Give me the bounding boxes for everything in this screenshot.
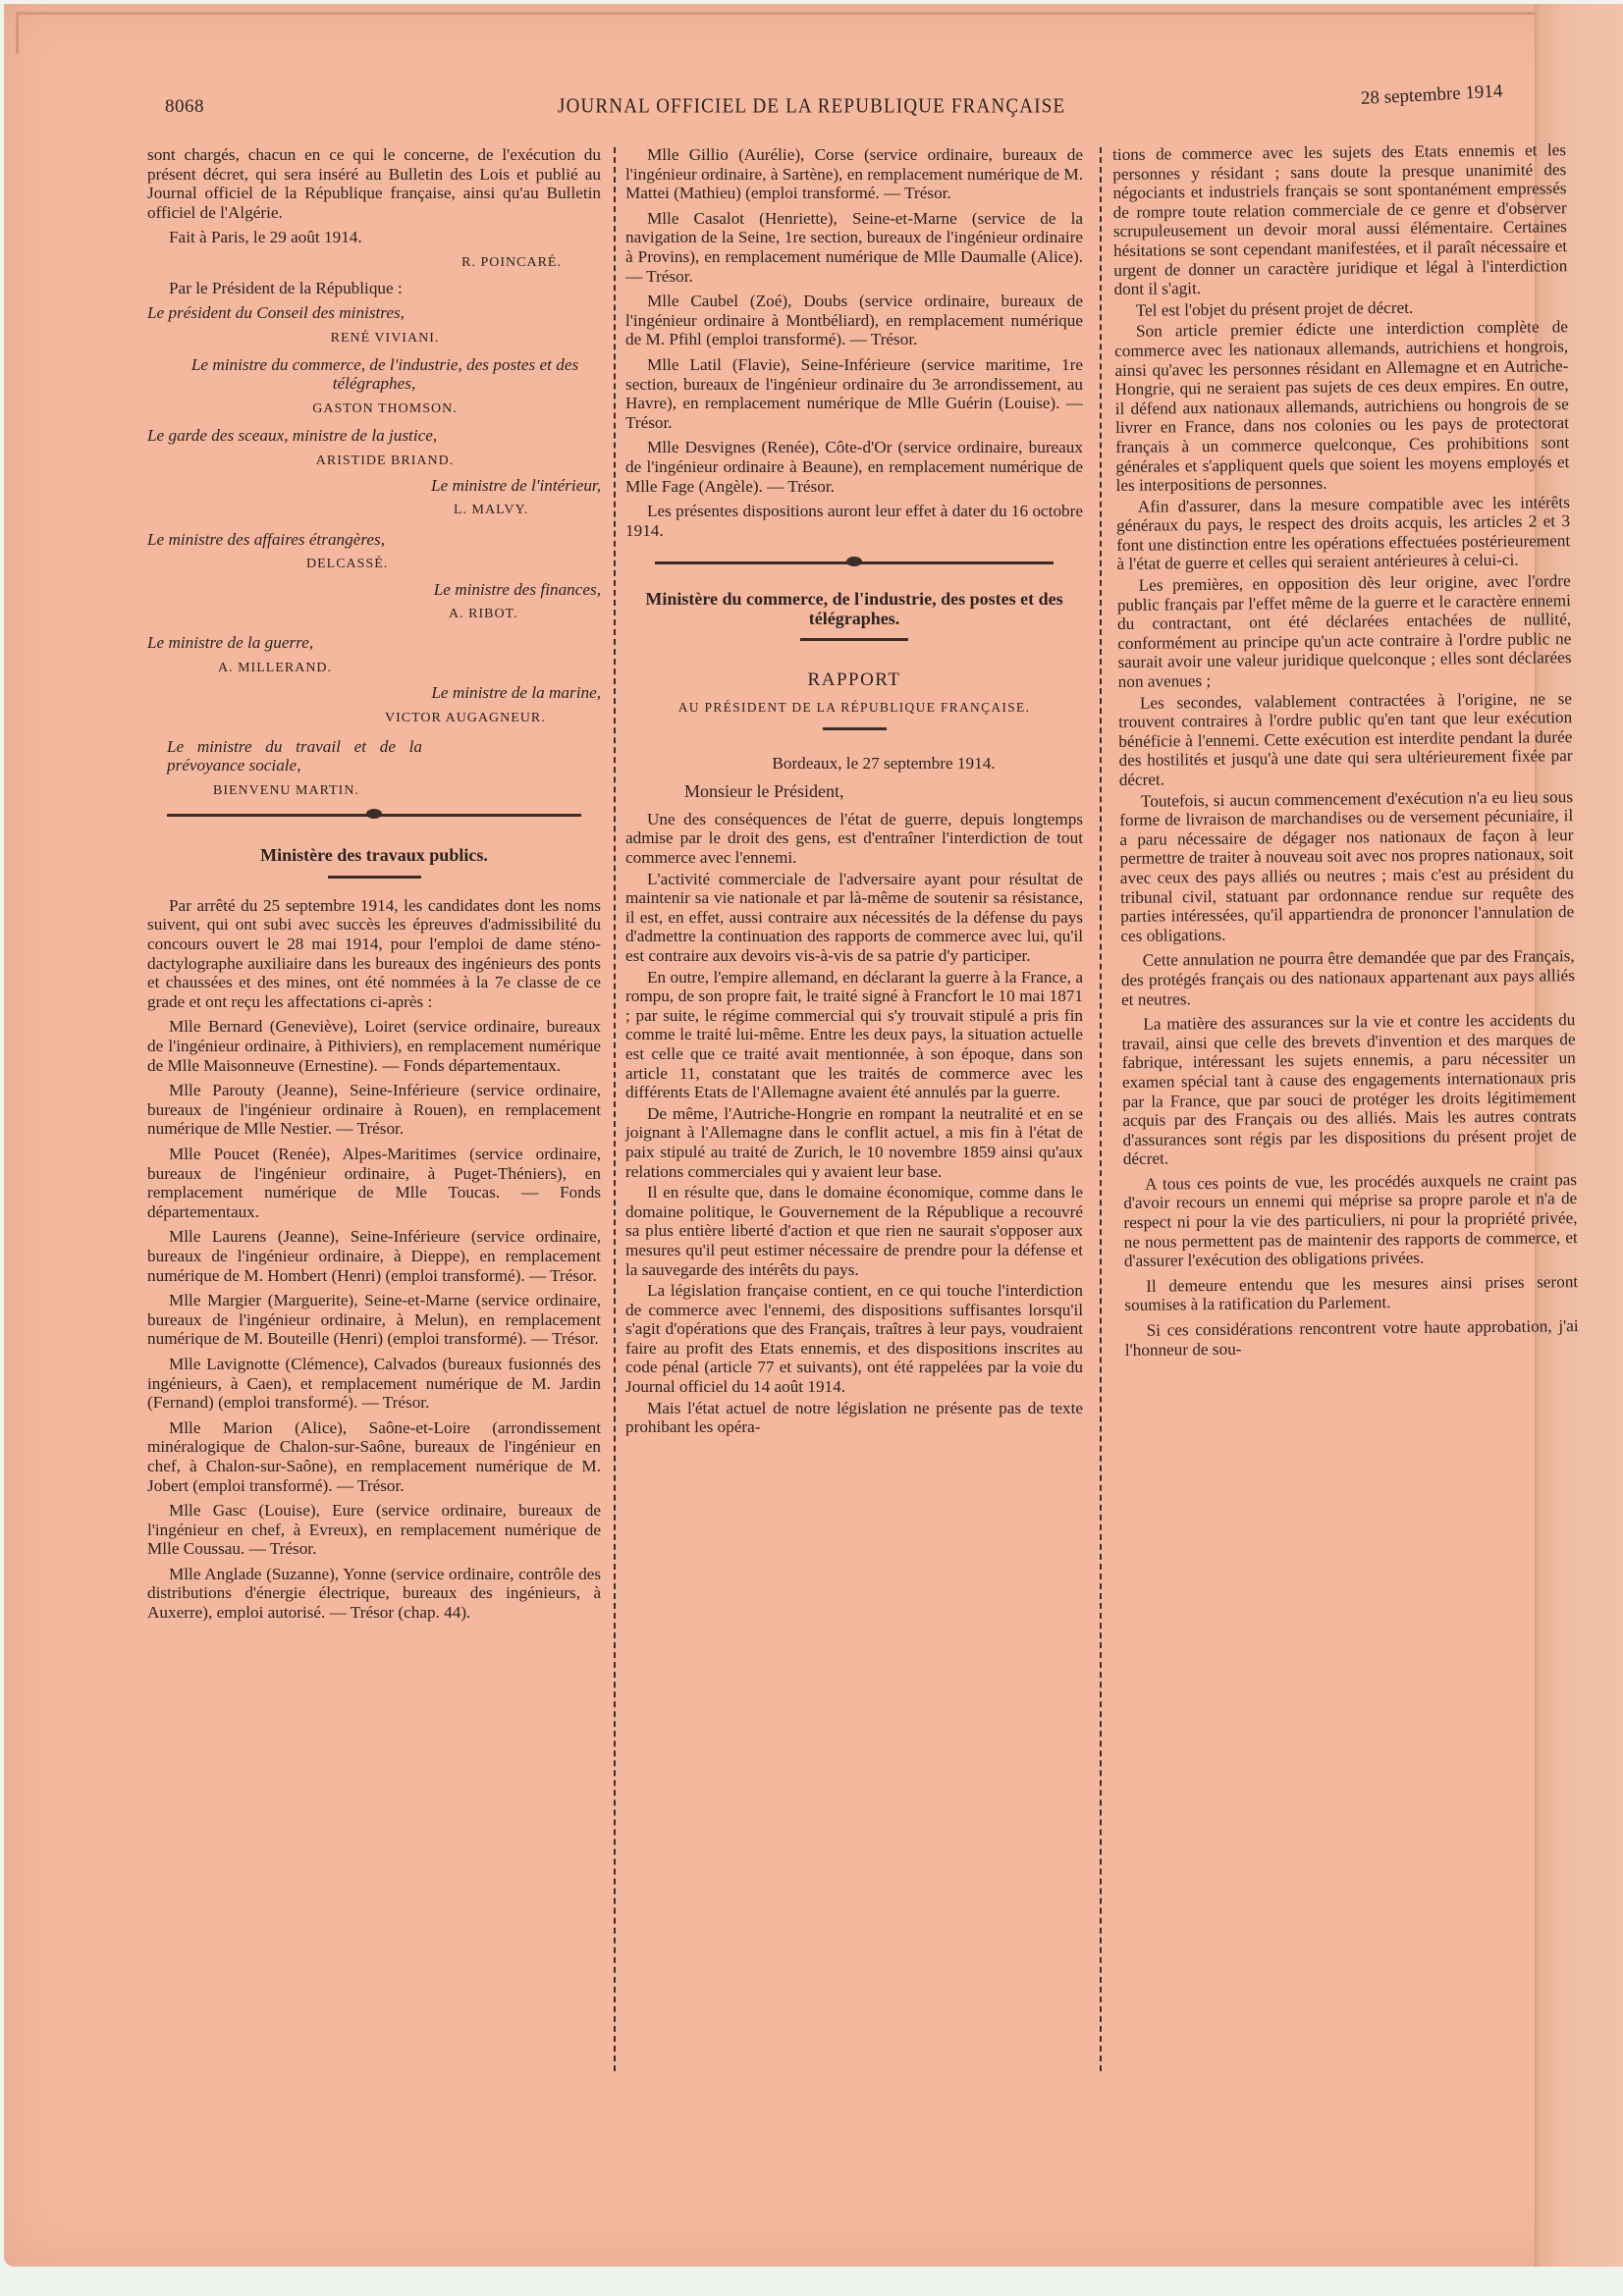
rapport-title: RAPPORT bbox=[625, 670, 1083, 690]
salutation: Monsieur le Président, bbox=[684, 782, 1083, 802]
rapport-subtitle: AU PRÉSIDENT DE LA RÉPUBLIQUE FRANÇAISE. bbox=[625, 698, 1083, 718]
appointment-entry: Mlle Latil (Flavie), Seine-Inférieure (s… bbox=[625, 355, 1083, 432]
signatory-title: Le ministre du commerce, de l'industrie,… bbox=[147, 355, 601, 394]
report-paragraph: Toutefois, si aucun commencement d'exécu… bbox=[1119, 787, 1575, 946]
section-ornament-rule bbox=[167, 814, 581, 817]
report-paragraph: L'activité commerciale de l'adversaire a… bbox=[625, 870, 1083, 966]
signatory-name: DELCASSÉ. bbox=[147, 555, 601, 573]
report-paragraph: Cette annulation ne pourra être demandée… bbox=[1121, 946, 1576, 1009]
appointment-entry: Mlle Desvignes (Renée), Côte-d'Or (servi… bbox=[625, 438, 1083, 496]
section-ornament-rule bbox=[655, 561, 1054, 564]
report-paragraph: La matière des assurances sur la vie et … bbox=[1121, 1010, 1577, 1169]
signatory-title: Le ministre du travail et de la prévoyan… bbox=[147, 737, 422, 775]
signatory-title: Le ministre des affaires étrangères, bbox=[147, 530, 601, 549]
short-rule bbox=[800, 638, 908, 641]
president-signature: R. POINCARÉ. bbox=[147, 253, 601, 273]
signatory-title: Le président du Conseil des ministres, bbox=[147, 303, 601, 322]
page-edge-frame bbox=[16, 12, 1550, 54]
place-date: Bordeaux, le 27 septembre 1914. bbox=[684, 754, 1083, 774]
signatory-name: GASTON THOMSON. bbox=[147, 400, 601, 418]
signatory-title: Le ministre des finances, bbox=[147, 580, 601, 599]
report-paragraph: En outre, l'empire allemand, en déclaran… bbox=[625, 968, 1083, 1102]
section-title-commerce: Ministère du commerce, de l'industrie, d… bbox=[625, 590, 1083, 628]
report-paragraph: Les secondes, valablement contractées à … bbox=[1118, 689, 1573, 790]
signatory-title: Le ministre de la marine, bbox=[147, 683, 601, 702]
report-paragraph: A tous ces points de vue, les procédés a… bbox=[1123, 1170, 1578, 1271]
signatory-title: Le garde des sceaux, ministre de la just… bbox=[147, 426, 601, 445]
signatory-name: A. RIBOT. bbox=[147, 605, 601, 623]
signatory-title: Le ministre de la guerre, bbox=[147, 633, 601, 652]
appointment-entry: Mlle Gillio (Aurélie), Corse (service or… bbox=[625, 145, 1083, 203]
column-2: Mlle Gillio (Aurélie), Corse (service or… bbox=[625, 145, 1083, 1443]
appointment-entry: Mlle Lavignotte (Clémence), Calvados (bu… bbox=[147, 1355, 601, 1413]
report-paragraph: La législation française contient, en ce… bbox=[625, 1281, 1083, 1397]
report-paragraph: Mais l'état actuel de notre législation … bbox=[625, 1399, 1083, 1437]
short-rule bbox=[328, 876, 421, 879]
effective-date: Les présentes dispositions auront leur e… bbox=[625, 502, 1083, 540]
appointment-entry: Mlle Bernard (Geneviève), Loiret (servic… bbox=[147, 1017, 601, 1075]
report-paragraph: Son article premier édicte une interdict… bbox=[1114, 317, 1570, 495]
appointment-entry: Mlle Marion (Alice), Saône-et-Loire (arr… bbox=[147, 1418, 601, 1495]
report-paragraph: Tel est l'objet du présent projet de déc… bbox=[1114, 296, 1568, 320]
arrete-intro: Par arrêté du 25 septembre 1914, les can… bbox=[147, 896, 601, 1012]
report-paragraph: Une des conséquences de l'état de guerre… bbox=[625, 810, 1083, 868]
column-3: tions de commerce avec les sujets des Et… bbox=[1112, 140, 1579, 1365]
report-paragraph: De même, l'Autriche-Hongrie en rompant l… bbox=[625, 1104, 1083, 1181]
signatory-name: RENÉ VIVIANI. bbox=[147, 329, 601, 347]
par-le-president: Par le Président de la République : bbox=[147, 279, 601, 298]
page-header: 8068 JOURNAL OFFICIEL DE LA REPUBLIQUE F… bbox=[165, 94, 1540, 124]
journal-title: JOURNAL OFFICIEL DE LA REPUBLIQUE FRANÇA… bbox=[558, 95, 1065, 119]
column-1: sont chargés, chacun en ce qui le concer… bbox=[147, 145, 601, 1629]
appointment-entry: Mlle Gasc (Louise), Eure (service ordina… bbox=[147, 1501, 601, 1559]
signatory-title: Le ministre de l'intérieur, bbox=[147, 476, 601, 495]
section-title-travaux-publics: Ministère des travaux publics. bbox=[147, 846, 601, 866]
report-paragraph: Il demeure entendu que les mesures ainsi… bbox=[1124, 1272, 1578, 1315]
signatory-name: L. MALVY. bbox=[147, 501, 601, 519]
short-rule bbox=[823, 727, 887, 730]
signatory-name: A. MILLERAND. bbox=[147, 659, 601, 677]
column-rule-2 bbox=[1100, 147, 1102, 2071]
page-number: 8068 bbox=[165, 96, 204, 118]
appointment-entry: Mlle Laurens (Jeanne), Seine-Inférieure … bbox=[147, 1227, 601, 1285]
report-paragraph: Si ces considérations rencontrent votre … bbox=[1125, 1316, 1579, 1360]
appointment-entry: Mlle Poucet (Renée), Alpes-Maritimes (se… bbox=[147, 1145, 601, 1221]
signatory-name: VICTOR AUGAGNEUR. bbox=[147, 709, 601, 727]
report-paragraph: Afin d'assurer, dans la mesure compatibl… bbox=[1116, 493, 1571, 574]
signatory-name: ARISTIDE BRIAND. bbox=[147, 452, 601, 470]
column-rule-1 bbox=[614, 147, 616, 2071]
report-paragraph: Il en résulte que, dans le domaine écono… bbox=[625, 1183, 1083, 1279]
appointment-entry: Mlle Casalot (Henriette), Seine-et-Marne… bbox=[625, 209, 1083, 286]
decree-closing: sont chargés, chacun en ce qui le concer… bbox=[147, 145, 601, 222]
appointment-entry: Mlle Margier (Marguerite), Seine-et-Marn… bbox=[147, 1291, 601, 1349]
report-paragraph: Les premières, en opposition dès leur or… bbox=[1117, 571, 1572, 691]
appointment-entry: Mlle Anglade (Suzanne), Yonne (service o… bbox=[147, 1565, 601, 1623]
signatory-name: BIENVENU MARTIN. bbox=[147, 781, 601, 800]
appointment-entry: Mlle Caubel (Zoé), Doubs (service ordina… bbox=[625, 292, 1083, 349]
appointment-entry: Mlle Parouty (Jeanne), Seine-Inférieure … bbox=[147, 1081, 601, 1139]
fait-a-paris: Fait à Paris, le 29 août 1914. bbox=[147, 228, 601, 247]
report-paragraph: tions de commerce avec les sujets des Et… bbox=[1112, 140, 1568, 299]
